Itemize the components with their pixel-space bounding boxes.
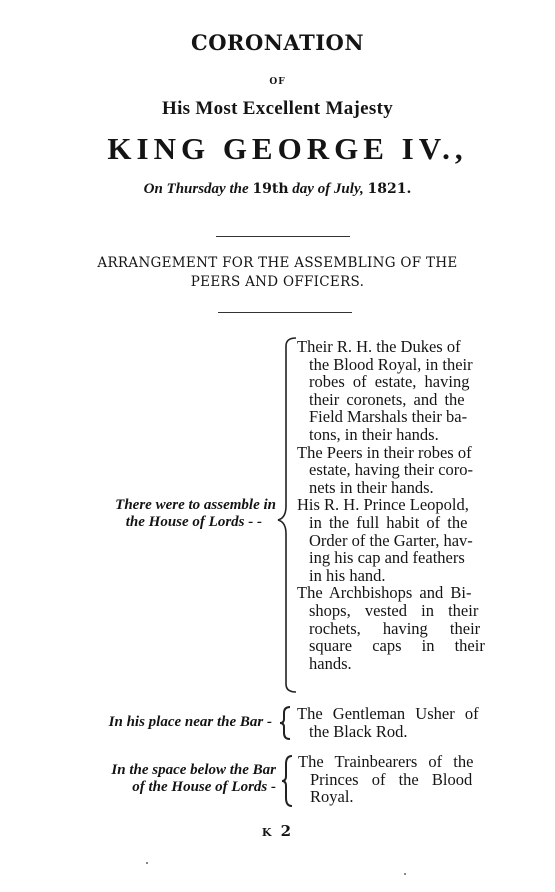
section-heading-line-1: ARRANGEMENT FOR THE ASSEMBLING OF THE — [0, 254, 555, 273]
honorific-line: His Most Excellent Majesty — [0, 98, 555, 120]
list-item: Their R. H. the Dukes of the Blood Royal… — [297, 338, 505, 444]
list-item: The Trainbearers of the Princes of the B… — [298, 753, 510, 806]
entry-label-line: of the House of Lords - — [40, 779, 276, 796]
entry-label-line: There were to assemble in — [40, 497, 276, 514]
king-name: KING GEORGE IV., — [10, 131, 555, 167]
entry-label-below-bar: In the space below the Bar of the House … — [40, 762, 276, 796]
paper-speck — [146, 862, 148, 864]
entry-label-house-of-lords: There were to assemble in the House of L… — [40, 497, 276, 531]
entry-label-line: In the space below the Bar — [40, 762, 276, 779]
divider-rule-bottom — [218, 312, 352, 313]
page-title: CORONATION — [0, 30, 555, 55]
entry-label-near-bar: In his place near the Bar - — [40, 714, 272, 731]
list-item: His R. H. Prince Leopold, in the full ha… — [297, 496, 505, 584]
list-item: The Archbishops and Bi- shops, vested in… — [297, 584, 505, 672]
entry-label-line: In his place near the Bar - — [40, 714, 272, 731]
curly-brace-icon — [278, 705, 294, 741]
date-prefix: On Thursday the — [144, 181, 253, 197]
list-item: The Gentleman Usher of the Black Rod. — [297, 705, 509, 740]
coronation-date: On Thursday the 19th day of July, 1821. — [0, 181, 555, 198]
date-mid: day of July, — [289, 181, 368, 197]
paper-speck — [404, 873, 406, 875]
date-year: 1821. — [368, 181, 412, 197]
section-heading-line-2: PEERS AND OFFICERS. — [0, 273, 555, 292]
entry-list-below-bar: The Trainbearers of the Princes of the B… — [298, 753, 510, 806]
section-heading: ARRANGEMENT FOR THE ASSEMBLING OF THE PE… — [0, 254, 555, 292]
signature-letter: K — [262, 826, 274, 839]
curly-brace-icon — [280, 754, 296, 808]
signature-mark: K 2 — [0, 822, 555, 840]
entry-label-line: the House of Lords - - — [40, 514, 276, 531]
divider-rule-top — [216, 236, 350, 237]
entry-list-near-bar: The Gentleman Usher of the Black Rod. — [297, 705, 509, 740]
date-day: 19th — [252, 181, 288, 197]
title-connector: OF — [0, 77, 555, 87]
signature-number: 2 — [281, 822, 293, 840]
entry-list-house-of-lords: Their R. H. the Dukes of the Blood Royal… — [297, 338, 505, 672]
list-item: The Peers in their robes of estate, havi… — [297, 444, 505, 497]
